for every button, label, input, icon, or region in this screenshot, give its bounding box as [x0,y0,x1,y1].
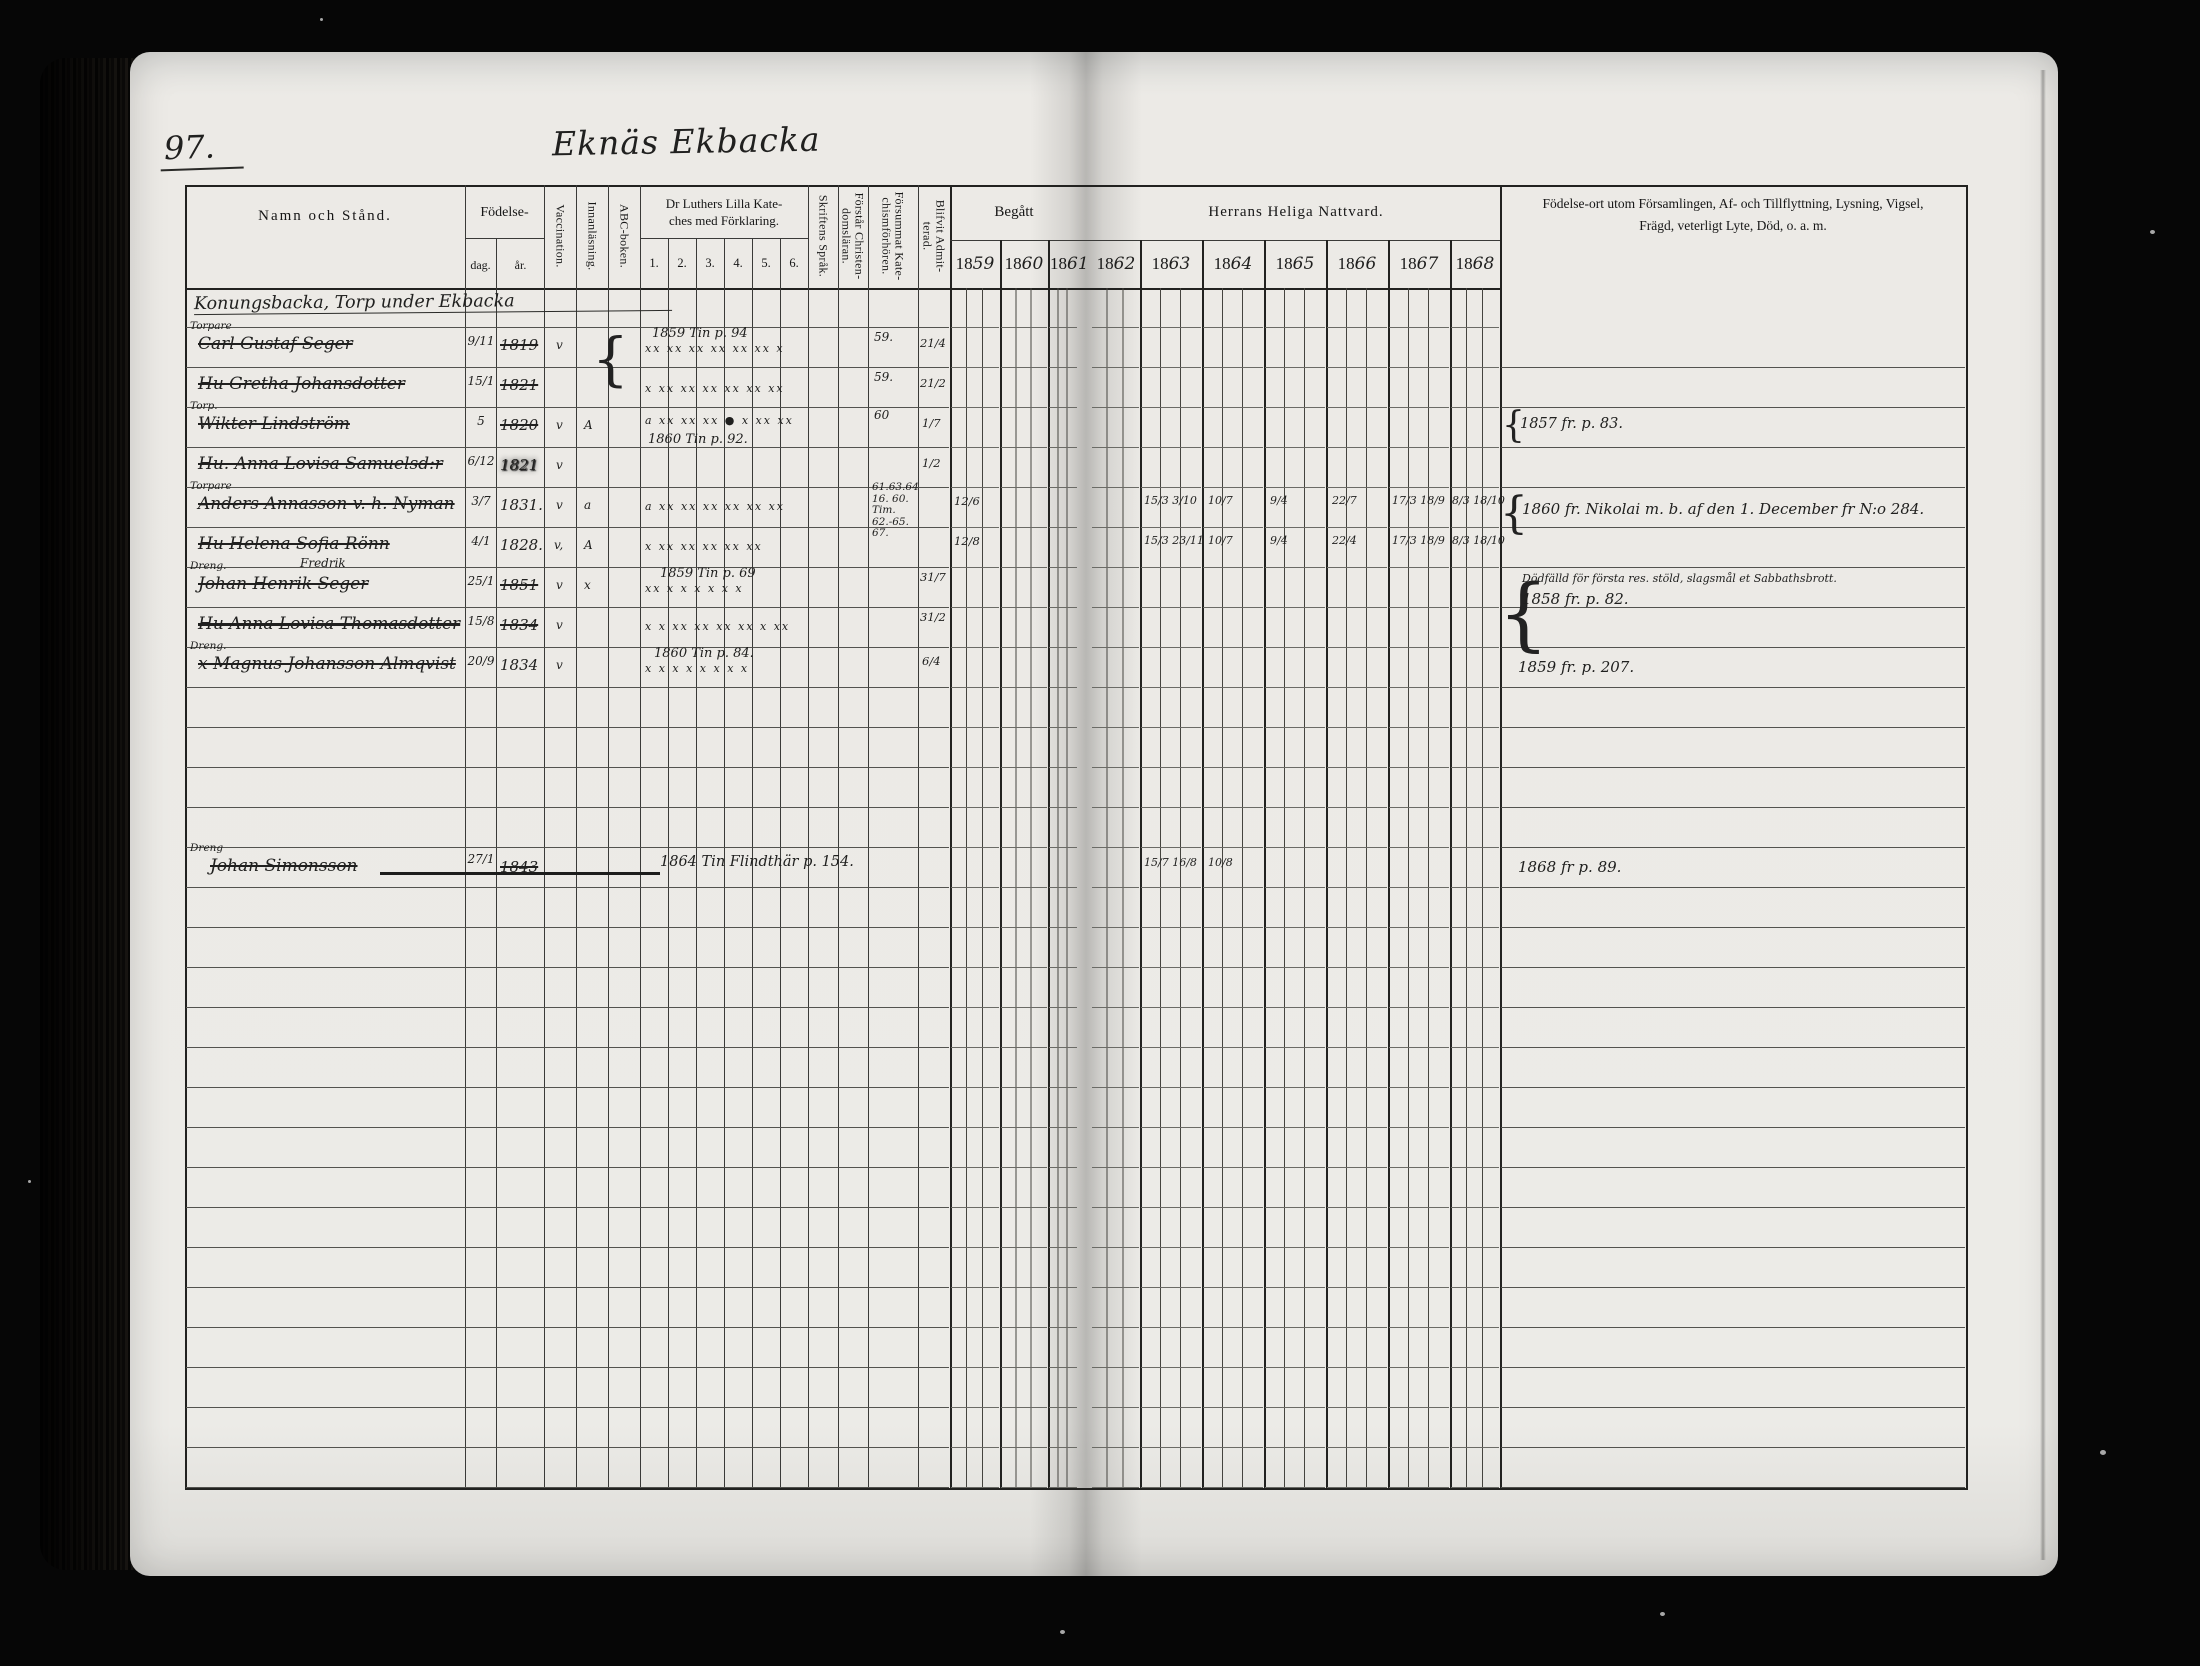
birth-year: 1831. [500,496,543,514]
note-text: 1860 fr. Nikolai m. b. af den 1. Decembe… [1522,500,1924,518]
year-digits: 66 [1355,254,1377,274]
year-1866: 1866 [1326,254,1388,274]
year-prefix: 18 [1005,254,1022,273]
birth-day: 5 [466,414,496,428]
year-1861: 1861 [1050,254,1089,274]
film-speck [320,18,323,21]
catechism-marks: x xx xx xx xx xx [645,540,763,553]
year-1867: 1867 [1388,254,1450,274]
record-name: Hu Helena Sofia Rönn [198,534,390,554]
communion-1866: 22/7 [1332,494,1357,507]
birth-year: 1851 [500,576,538,594]
birth-rule [465,238,544,239]
admitted-date: 31/2 [920,610,946,624]
missed-mark: 59. [874,330,893,344]
year-prefix: 18 [1456,254,1473,273]
communion-1867: 17/3 18/9 [1392,494,1445,507]
missed-mark: 60 [874,408,889,422]
col-header-abc: ABC-boken. [618,204,631,268]
scanned-register-page: { "page": { "number": "97.", "title": "E… [0,0,2200,1666]
film-speck [1660,1612,1665,1616]
grid-1864 [1203,288,1263,1488]
birth-year: 1843 [500,858,538,876]
catechism-span-note: 1864 Tin Flindthär p. 154. [660,854,854,870]
vaccination-mark: v [556,458,563,472]
catechism-col-3: 3. [696,256,724,271]
admitted-line1: Blifvit Admit- [934,200,947,273]
note-text-small: Dödfälld för första res. stöld, slagsmål… [1522,572,1837,585]
year-1865: 1865 [1264,254,1326,274]
page-right-crease [2040,70,2046,1560]
year-prefix: 18 [1276,254,1293,273]
year-band-rule [950,240,1500,241]
col-header-admitted: Blifvit Admit- terad. [922,200,947,273]
birth-day: 15/1 [466,374,496,388]
communion-1863: 15/7 16/8 [1144,856,1197,869]
year-digits: 63 [1169,254,1191,274]
birth-year: 1834 [500,616,538,634]
col-header-catechism-line1: Dr Luthers Lilla Kate- [640,196,808,212]
missed-line2: chismförhören. [881,192,894,281]
catechism-note: 1860 Tin p. 84. [654,646,754,661]
birth-year: 1820 [500,416,538,434]
begatt-1859: 12/8 [954,534,980,548]
reading-mark: x [584,578,591,592]
birth-day: 20/9 [466,654,496,668]
col-header-reading: Innanläsning. [586,202,599,271]
year-digits: 60 [1022,254,1044,274]
year-1864: 1864 [1202,254,1264,274]
col-header-catechism-line2: ches med Förklaring. [640,213,808,229]
record-name: Anders Annasson v. h. Nyman [198,494,455,514]
catechism-col-1: 1. [640,256,668,271]
birth-day: 3/7 [466,494,496,508]
catechism-marks: x x x x x x x x [645,662,749,675]
record-name: x Magnus Johansson Almqvist [198,654,456,674]
vaccination-mark: v [556,418,563,432]
communion-1864: 10/7 [1208,534,1233,547]
birth-day: 15/8 [466,614,496,628]
year-prefix: 18 [1400,254,1417,273]
page-title-handwritten: Eknäs Ekbacka [552,120,821,164]
year-digits: 65 [1293,254,1315,274]
interlined-correction: Fredrik [300,556,346,570]
row-label: Dreng. [190,560,226,572]
grid-1860 [1001,288,1047,1488]
page-number: 97. [159,127,243,172]
col-header-begatt: Begått [950,204,1078,221]
year-prefix: 18 [956,254,973,273]
year-digits: 62 [1114,254,1136,274]
missed-years-block: 61.63.64 16. 60. Tim. 62.-65. 67. [872,482,919,540]
col-header-name: Namn och Stånd. [185,208,465,225]
record-name: Hu. Anna Lovisa Samuelsd:r [198,454,443,474]
admitted-date: 21/2 [920,376,946,390]
understands-line2: domsläran. [841,193,854,280]
col-header-communion: Herrans Heliga Nattvard. [1092,204,1500,221]
year-digits: 68 [1473,254,1495,274]
film-speck [28,1180,31,1183]
row-label: Dreng. [190,640,226,652]
grid-1859 [951,288,999,1488]
admitted-date: 21/4 [920,336,946,350]
col-header-birth: Födelse- [465,205,544,221]
begatt-1859: 12/6 [954,494,980,508]
communion-1866: 22/4 [1332,534,1357,547]
grid-1863 [1141,288,1201,1488]
birth-day: 6/12 [466,454,496,468]
table-top-border [185,185,1968,187]
catechism-marks: x xx xx xx xx xx xx [645,382,785,395]
year-prefix: 18 [1050,254,1067,273]
admitted-date: 6/4 [922,654,941,668]
year-digits: 67 [1417,254,1439,274]
catechism-note: 1859 Tin p. 94 [652,326,748,341]
communion-1868: 8/3 18/10 [1452,494,1505,507]
birth-day: 9/11 [466,334,496,348]
note-text: 1859 fr. p. 207. [1518,658,1634,676]
communion-1865: 9/4 [1270,534,1288,547]
admitted-date: 31/7 [920,570,946,584]
communion-1865: 9/4 [1270,494,1288,507]
year-digits: 59 [973,254,995,274]
record-name: Hu Anna Lovisa Thomasdotter [198,614,460,634]
birth-year: 1834 [500,656,538,674]
communion-1863: 15/3 23/11 [1144,534,1204,547]
admitted-line2: terad. [922,200,935,273]
communion-1864: 10/7 [1208,494,1233,507]
understands-line1: Förstår Christen- [853,193,866,280]
year-digits: 61 [1067,254,1089,274]
birth-day: 25/1 [466,574,496,588]
catechism-marks: xx xx xx xx xx xx x [645,342,785,355]
communion-1864: 10/8 [1208,856,1233,869]
catechism-col-4: 4. [724,256,752,271]
communion-1868: 8/3 18/10 [1452,534,1505,547]
catechism-note: 1859 Tin p. 69 [660,566,756,581]
birth-year: 1828. [500,536,543,554]
year-prefix: 18 [1097,254,1114,273]
row-label: Torpare [190,320,232,332]
film-speck [1060,1630,1065,1634]
catechism-marks: xx x x x x x x [645,582,744,595]
catechism-marks: x x xx xx xx xx x xx [645,620,790,633]
film-speck [2150,230,2155,234]
book-page-edges [40,58,136,1570]
row-label: Torpare [190,480,232,492]
vaccination-mark: v [556,498,563,512]
col-header-vaccination: Vaccination. [554,204,567,267]
vaccination-mark: v [556,578,563,592]
group-header-handwritten: Konungsbacka, Torp under Ekbacka [194,290,672,315]
record-name: Hu Gretha Johansdotter [198,374,405,394]
birth-day: 27/1 [466,852,496,866]
table-bottom-border [185,1488,1968,1490]
reading-mark: A [584,418,593,432]
note-text: 1868 fr p. 89. [1518,858,1621,876]
note-text: 1858 fr. p. 82. [1522,590,1629,608]
year-1863: 1863 [1140,254,1202,274]
admitted-date: 1/7 [922,416,941,430]
vaccination-mark: v [556,658,563,672]
row-label: Torp. [190,400,218,412]
table-right-border [1966,185,1968,1488]
catechism-col-5: 5. [752,256,780,271]
catechism-marks: a xx xx xx xx xx xx [645,500,785,513]
catechism-note-below: 1860 Tin p. 92. [648,432,748,447]
record-name: Carl Gustaf Seger [198,334,353,354]
reading-mark: a [584,498,591,512]
col-header-understands: Förstår Christen- domsläran. [841,193,866,280]
missed-mark: 59. [874,370,893,384]
birth-year: 1819 [500,336,538,354]
vaccination-mark: v [556,338,563,352]
film-speck [2100,1450,2106,1455]
record-name: Johan Henrik Seger [198,574,368,594]
year-prefix: 18 [1214,254,1231,273]
note-text: 1857 fr. p. 83. [1520,416,1623,432]
note-brace-tall: { [1498,574,1549,654]
grid-1868 [1451,288,1499,1488]
col-header-missed: Försummat Kate- chismförhören. [881,192,906,281]
grid-1867 [1389,288,1449,1488]
notes-title-line2: Frägd, veterligt Lyte, Död, o. a. m. [1500,218,1966,234]
missed-line1: Försummat Kate- [893,192,906,281]
reading-brace: { [592,330,629,388]
catechism-col-2: 2. [668,256,696,271]
record-name: Wikter Lindström [198,414,350,434]
birth-year: 1821 [500,456,538,474]
col-header-birth-year: år. [497,258,544,273]
admitted-date: 1/2 [922,456,941,470]
vaccination-mark: v [556,618,563,632]
year-digits: 64 [1231,254,1253,274]
communion-1867: 17/3 18/9 [1392,534,1445,547]
communion-1863: 15/3 3/10 [1144,494,1197,507]
col-header-scripture: Skriftens Språk. [817,195,830,277]
col-header-birth-day: dag. [465,258,496,273]
year-1862: 1862 [1092,254,1140,274]
notes-title-line1: Födelse-ort utom Församlingen, Af- och T… [1500,196,1966,212]
year-prefix: 18 [1338,254,1355,273]
grid-1865 [1265,288,1325,1488]
birth-year: 1821 [500,376,538,394]
record-name: Johan Simonsson [210,856,358,876]
grid-1861 [1049,288,1077,1488]
grid-1866 [1327,288,1387,1488]
row-label: Dreng [190,842,223,854]
vaccination-mark: v, [554,538,563,552]
year-1860: 1860 [1000,254,1048,274]
reading-mark: A [584,538,593,552]
grid-1862 [1092,288,1139,1488]
birth-day: 4/1 [466,534,496,548]
year-1859: 1859 [950,254,1000,274]
year-1868: 1868 [1450,254,1500,274]
year-prefix: 18 [1152,254,1169,273]
catechism-marks: a xx xx xx ● x xx xx [645,414,794,427]
catechism-col-6: 6. [780,256,808,271]
